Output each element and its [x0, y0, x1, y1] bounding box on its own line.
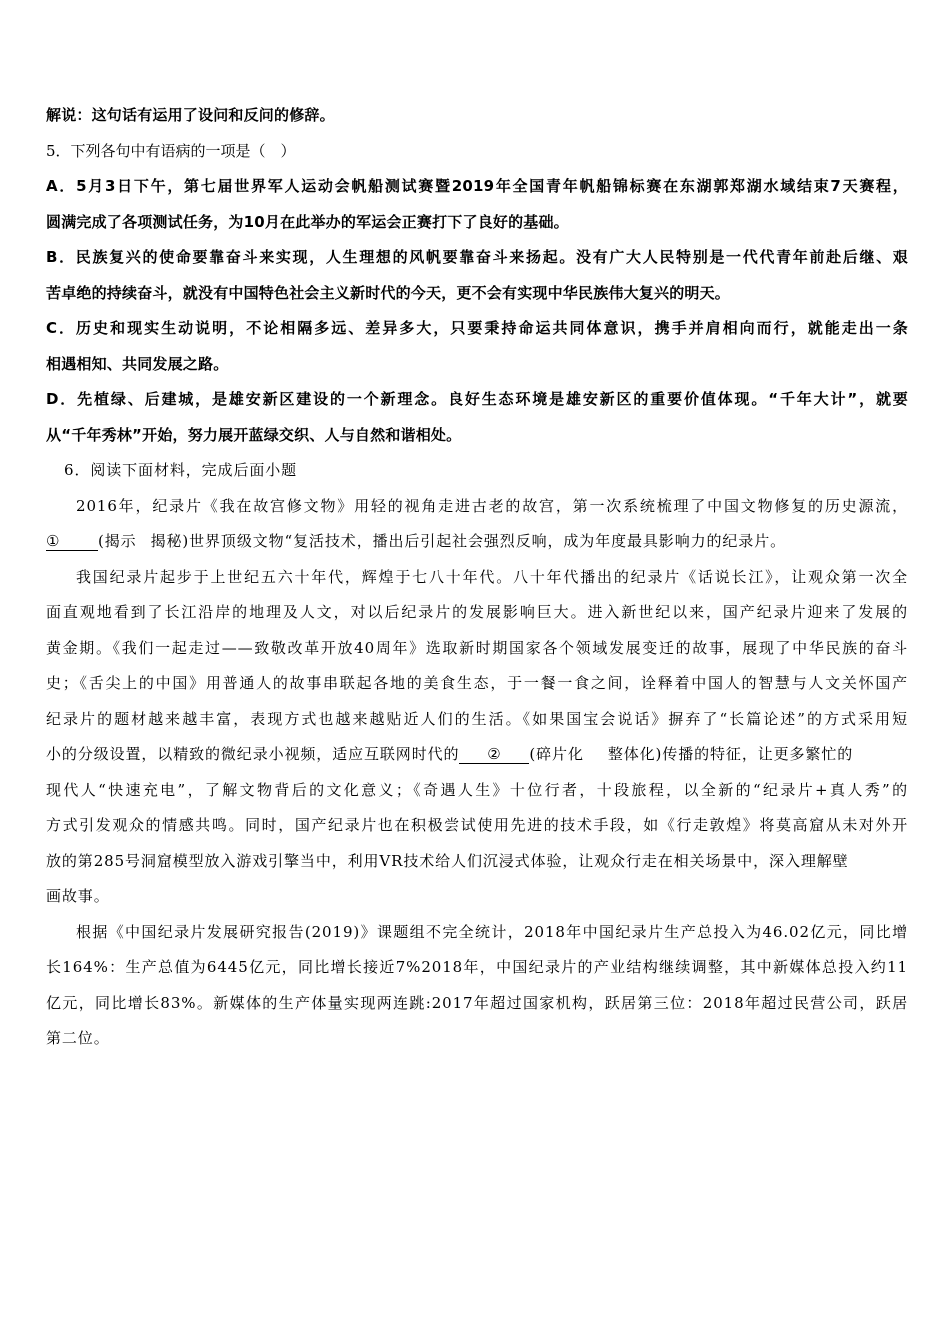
q5-option-b: B．民族复兴的使命要靠奋斗来实现，人生理想的风帆要靠奋斗来扬起。没有广大人民特别…	[46, 240, 908, 311]
q6-paragraph-2: 我国纪录片起步于上世纪五六十年代，辉煌于七八十年代。八十年代播出的纪录片《话说长…	[46, 560, 908, 915]
blank-2[interactable]: ②	[459, 745, 529, 764]
q6-paragraph-1: 2016年，纪录片《我在故宫修文物》用轻的视角走进古老的故宫，第一次系统梳理了中…	[46, 489, 908, 560]
blank-1-option-a: (揭示	[98, 532, 137, 550]
blank-1[interactable]: ①	[46, 532, 98, 551]
q5-option-a: A．5月3日下午，第七届世界军人运动会帆船测试赛暨2019年全国青年帆船锦标赛在…	[46, 169, 908, 240]
blank-2-option-a: (碎片化	[529, 745, 583, 763]
q5-stem: 5．下列各句中有语病的一项是（ ）	[46, 134, 908, 170]
q6-paragraph-3: 根据《中国纪录片发展研究报告(2019)》课题组不完全统计，2018年中国纪录片…	[46, 915, 908, 1057]
q6-stem: 6．阅读下面材料，完成后面小题	[46, 453, 908, 489]
blank-2-option-b: 整体化)	[608, 745, 662, 763]
exam-page: 解说：这句话有运用了设问和反问的修辞。 5．下列各句中有语病的一项是（ ） A．…	[46, 98, 908, 1057]
q5-option-c: C．历史和现实生动说明，不论相隔多远、差异多大，只要秉持命运共同体意识，携手并肩…	[46, 311, 908, 382]
q4-explanation: 解说：这句话有运用了设问和反问的修辞。	[46, 98, 908, 134]
q5-option-d: D．先植绿、后建城，是雄安新区建设的一个新理念。良好生态环境是雄安新区的重要价值…	[46, 382, 908, 453]
blank-1-option-b: 揭秘)	[151, 532, 190, 550]
